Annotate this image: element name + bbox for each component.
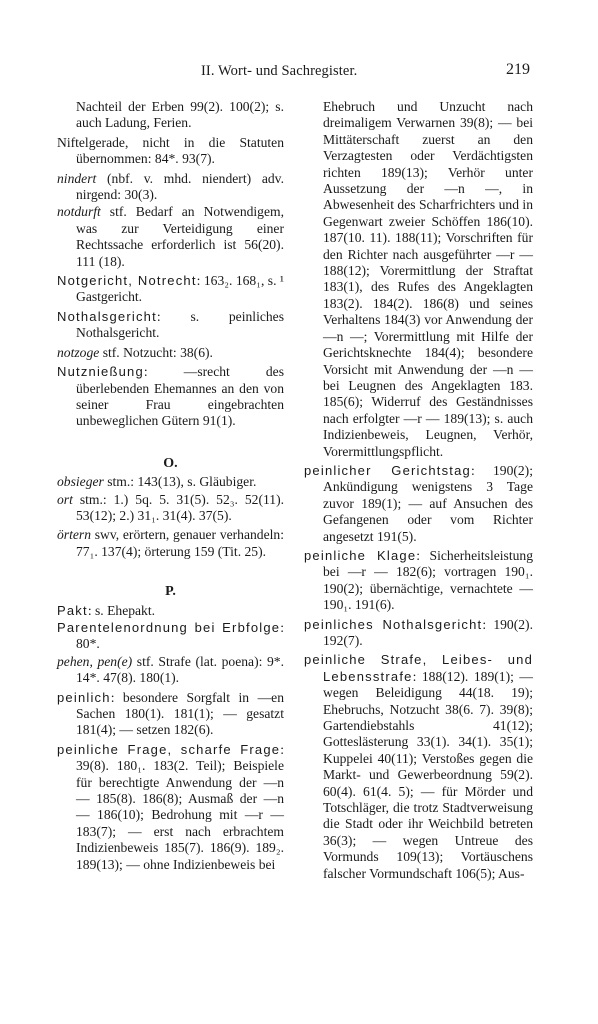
index-entry: Niftelgerade, nicht in die Statuten über…	[57, 135, 284, 168]
index-entry: peinliches Nothalsgericht: 190(2). 192(7…	[304, 617, 533, 650]
headword: peinliches Nothalsgericht	[304, 617, 482, 632]
section-heading-o: O.	[57, 456, 284, 472]
headword: Nothalsgericht	[57, 309, 157, 324]
headword: notdurft	[57, 204, 101, 219]
index-entry: ort stm.: 1.) 5q. 5. 31(5). 52₃. 52(11).…	[57, 492, 284, 525]
headword: Pakt	[57, 603, 88, 618]
index-entry: örtern swv, erörtern, genauer verhandeln…	[57, 527, 284, 560]
index-entry: Parentelenordnung bei Erbfolge: 80*.	[57, 620, 284, 653]
scan-artifact	[560, 6, 590, 20]
page-number: 219	[506, 61, 530, 79]
index-entry: Pakt: s. Ehepakt.	[57, 603, 284, 619]
section-heading-p: P.	[57, 584, 284, 600]
headword: Nutznießung	[57, 364, 144, 379]
headword: peinlicher Gerichtstag	[304, 463, 471, 478]
index-entry-continuation: Nachteil der Erben 99(2). 100(2); s. auc…	[57, 99, 284, 132]
index-entry: Nutznießung: —srecht des überlebenden Eh…	[57, 364, 284, 430]
headword: peinliche Klage	[304, 548, 416, 563]
headword: peinlich	[57, 690, 111, 705]
index-entry: peinliche Strafe, Leibes- und Lebensstra…	[304, 652, 533, 882]
headword: ort	[57, 492, 73, 507]
headword: notzoge	[57, 345, 99, 360]
running-title: II. Wort- und Sachregister.	[201, 63, 357, 80]
index-entry: notzoge stf. Notzucht: 38(6).	[57, 345, 284, 361]
index-entry: peinlicher Gerichtstag: 190(2); Ankündig…	[304, 463, 533, 545]
index-entry: Notgericht, Notrecht: 163₂. 168₁, s. ¹ G…	[57, 273, 284, 306]
headword: Parentelenordnung bei Erbfolge	[57, 620, 280, 635]
index-entry: notdurft stf. Bedarf an Notwendigem, was…	[57, 204, 284, 270]
headword: obsieger	[57, 474, 104, 489]
index-entry: obsieger stm.: 143(13), s. Gläubiger.	[57, 474, 284, 490]
headword: Niftelgerade	[57, 135, 125, 150]
headword: nindert	[57, 171, 96, 186]
index-entry: pehen, pen(e) stf. Strafe (lat. poena): …	[57, 654, 284, 687]
headword: Notgericht, Notrecht	[57, 273, 197, 288]
page-header: II. Wort- und Sachregister. 219	[60, 63, 530, 83]
index-entry: Nothalsgericht: s. peinliches Nothalsger…	[57, 309, 284, 342]
index-entry: peinliche Klage: Sicherheitsleistung bei…	[304, 548, 533, 614]
index-entry: peinliche Frage, scharfe Frage: 39(8). 1…	[57, 742, 284, 873]
index-entry-continuation: Ehebruch und Unzucht nach dreimaligem Ve…	[304, 99, 533, 460]
headword: örtern	[57, 527, 91, 542]
right-column: Ehebruch und Unzucht nach dreimaligem Ve…	[304, 99, 533, 885]
headword: pehen, pen(e)	[57, 654, 132, 669]
headword: peinliche Frage, scharfe Frage	[57, 742, 280, 757]
left-column: Nachteil der Erben 99(2). 100(2); s. auc…	[57, 99, 284, 876]
index-entry: peinlich: besondere Sorgfalt in —en Sach…	[57, 690, 284, 739]
index-entry: nindert (nbf. v. mhd. niendert) adv. nir…	[57, 171, 284, 204]
